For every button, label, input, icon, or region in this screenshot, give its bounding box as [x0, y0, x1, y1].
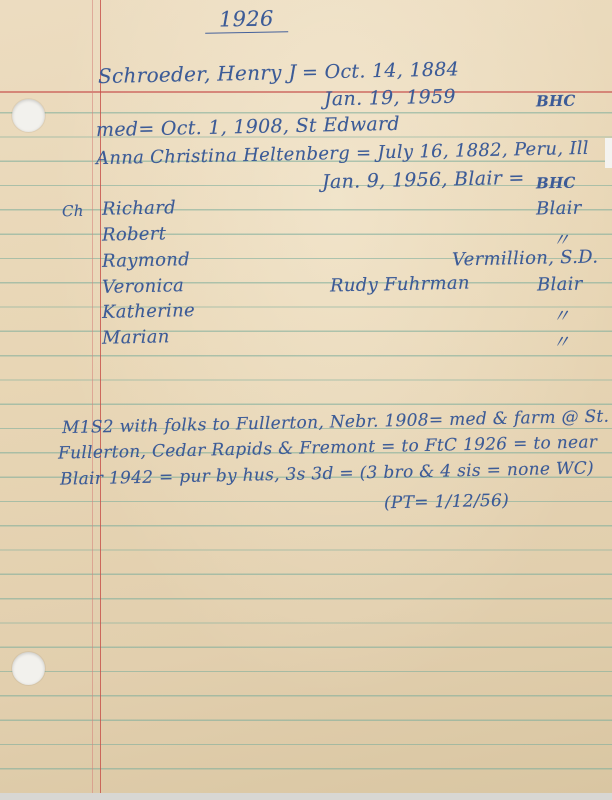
- source-initials-head: BHC: [536, 92, 576, 111]
- left-margin-line-outer: [92, 0, 93, 793]
- child-place-veronica: Blair: [537, 274, 583, 296]
- child-name-katherine: Katherine: [102, 300, 195, 323]
- head-death-date: Jan. 19, 1959: [324, 86, 456, 111]
- punch-hole-bottom: [12, 652, 45, 685]
- ditto-mark-katherine: 〃: [552, 302, 571, 328]
- child-name-marian: Marian: [102, 326, 170, 348]
- head-birth-date: = Oct. 14, 1884: [302, 58, 459, 83]
- children-label: Ch: [62, 202, 84, 220]
- child-name-robert: Robert: [102, 223, 167, 245]
- year-heading: 1926: [205, 6, 288, 33]
- ditto-mark-marian: 〃: [552, 328, 571, 354]
- child-name-raymond: Raymond: [102, 249, 190, 272]
- ledger-page: 1926 Schroeder, Henry J = Oct. 14, 1884 …: [0, 0, 612, 793]
- child-spouse-veronica: Rudy Fuhrman: [330, 273, 470, 297]
- spouse-death-date: Jan. 9, 1956, Blair =: [322, 167, 525, 193]
- head-name: Schroeder, Henry J: [98, 60, 297, 88]
- child-place-raymond: Vermillion, S.D.: [452, 246, 599, 270]
- note-line-4: (PT= 1/12/56): [384, 491, 510, 514]
- punch-hole-top: [12, 99, 45, 132]
- child-name-richard: Richard: [102, 197, 176, 220]
- source-initials-spouse: BHC: [536, 174, 576, 193]
- scan-edge-artifact: [605, 138, 612, 168]
- child-name-veronica: Veronica: [102, 275, 184, 298]
- child-place-richard: Blair: [536, 198, 582, 220]
